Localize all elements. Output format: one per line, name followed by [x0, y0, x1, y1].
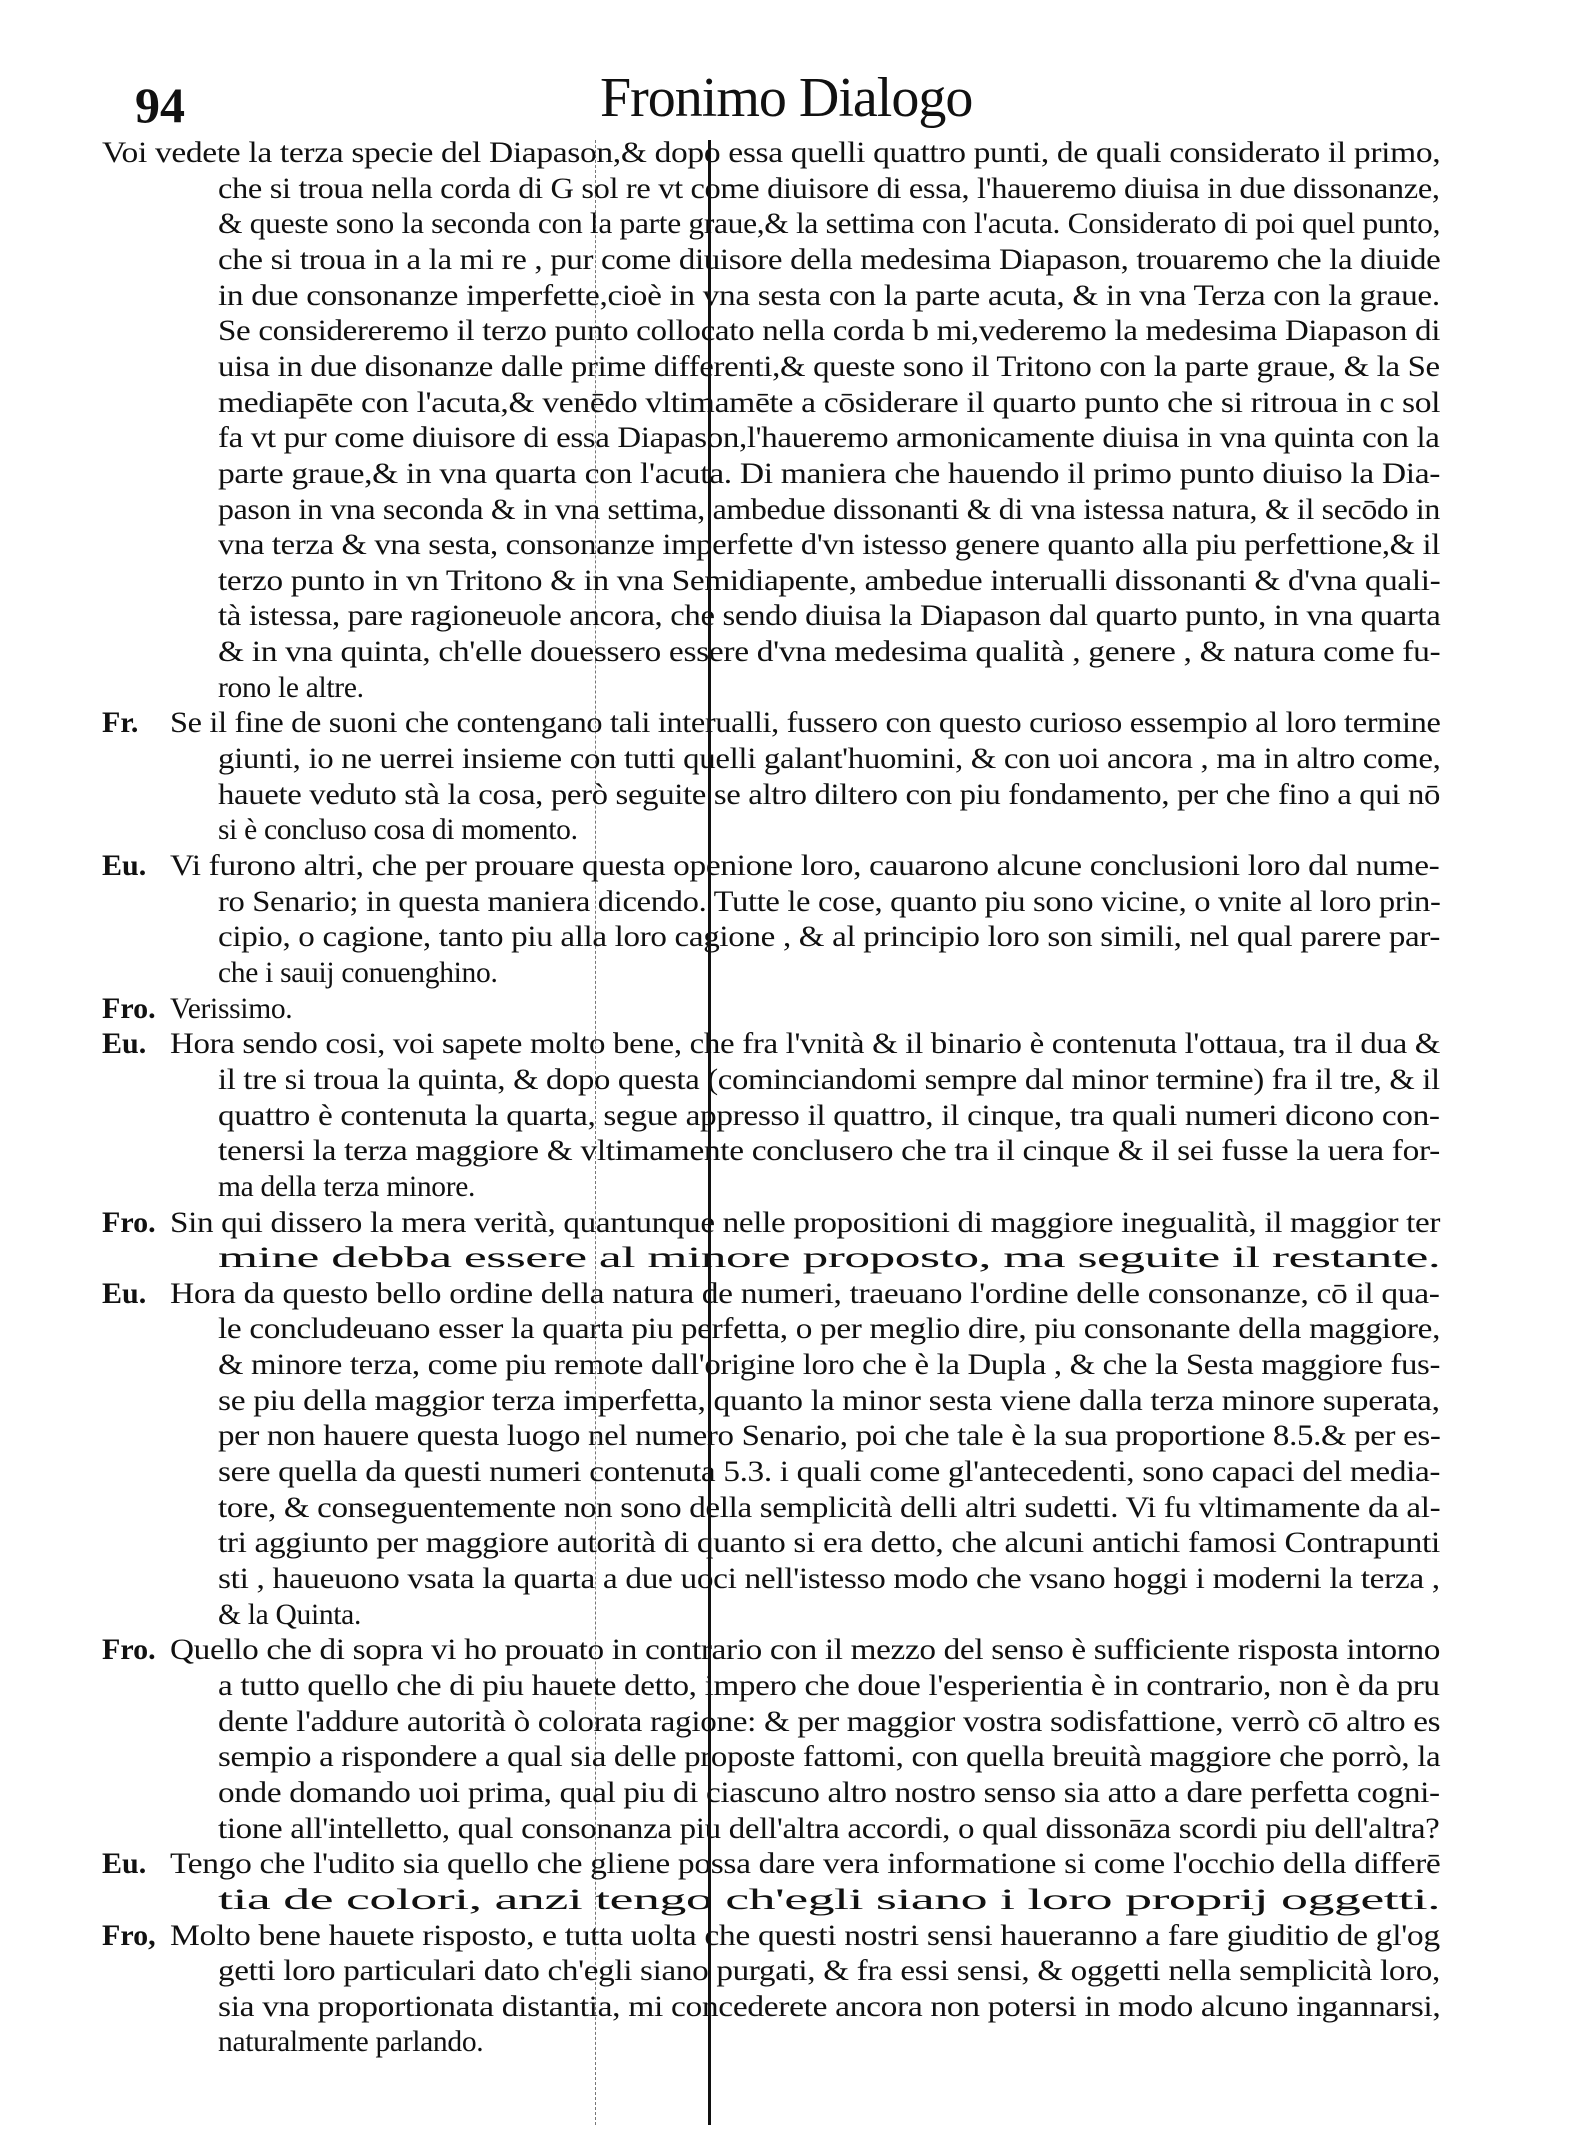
speaker-label: Fro.: [102, 1205, 156, 1241]
text-line: tia de colori, anzi tengo ch'egli siano …: [218, 1882, 1440, 1918]
text-line: & la Quinta.: [218, 1597, 361, 1633]
text-line: getti loro particulari dato ch'egli sian…: [218, 1953, 1440, 1989]
text-line: & in vna quinta, ch'elle douessero esser…: [218, 634, 1440, 670]
text-line: naturalmente parlando.: [218, 2024, 483, 2060]
text-line: onde domando uoi prima, qual piu di cias…: [218, 1775, 1440, 1811]
text-line: a tutto quello che di piu hauete detto, …: [218, 1668, 1440, 1704]
text-line: che si troua nella corda di G sol re vt …: [218, 171, 1440, 207]
text-line: in due consonanze imperfette,cioè in vna…: [218, 278, 1440, 314]
text-line: Se considereremo il terzo punto collocat…: [218, 313, 1440, 349]
text-line: che i sauij conuenghino.: [218, 955, 498, 991]
text-line: sti , haueuono vsata la quarta a due uoc…: [218, 1561, 1440, 1597]
text-line: ro Senario; in questa maniera dicendo. T…: [218, 884, 1441, 920]
text-line: se piu della maggior terza imperfetta, q…: [218, 1383, 1440, 1419]
speaker-label: Fro,: [102, 1918, 156, 1954]
text-line: si è concluso cosa di momento.: [218, 812, 578, 848]
text-line: fa vt pur come diuisore di essa Diapason…: [218, 420, 1440, 456]
speaker-label: Fro.: [102, 1632, 156, 1668]
page-number: 94: [135, 80, 185, 130]
text-line: Hora da questo bello ordine della natura…: [170, 1276, 1440, 1312]
text-line: terzo punto in vn Tritono & in vna Semid…: [218, 563, 1440, 599]
text-line: uisa in due disonanze dalle prime differ…: [218, 349, 1440, 385]
speaker-label: Eu.: [102, 848, 146, 884]
text-line: Voi vedete la terza specie del Diapason,…: [102, 135, 1440, 171]
text-line: mediapēte con l'acuta,& venēdo vltimamēt…: [218, 385, 1440, 421]
text-line: tione all'intelletto, qual consonanza pi…: [218, 1811, 1439, 1847]
text-line: mine debba essere al minore proposto, ma…: [218, 1240, 1440, 1276]
text-line: & minore terza, come piu remote dall'ori…: [218, 1347, 1440, 1383]
speaker-label: Eu.: [102, 1846, 146, 1882]
text-line: sempio a rispondere a qual sia delle pro…: [218, 1739, 1440, 1775]
text-line: hauete veduto stà la cosa, però seguite …: [218, 777, 1440, 813]
text-line: il tre si troua la quinta, & dopo questa…: [218, 1062, 1440, 1098]
text-line: Sin qui dissero la mera verità, quantunq…: [170, 1205, 1440, 1241]
text-line: tà istessa, pare ragioneuole ancora, che…: [218, 598, 1440, 634]
text-line: per non hauere questa luogo nel numero S…: [218, 1418, 1440, 1454]
text-line: che si troua in a la mi re , pur come di…: [218, 242, 1440, 278]
text-line: Tengo che l'udito sia quello che gliene …: [170, 1846, 1440, 1882]
text-line: le concludeuano esser la quarta piu perf…: [218, 1311, 1440, 1347]
speaker-label: Fr.: [102, 705, 138, 741]
speaker-label: Fro.: [102, 991, 156, 1027]
text-line: giunti, io ne uerrei insieme con tutti q…: [218, 741, 1441, 777]
text-line: Quello che di sopra vi ho prouato in con…: [170, 1632, 1440, 1668]
text-line: Molto bene hauete risposto, e tutta uolt…: [170, 1918, 1440, 1954]
running-title: Fronimo Dialogo: [600, 70, 972, 126]
text-line: tore, & conseguentemente non sono della …: [218, 1490, 1440, 1526]
speaker-label: Eu.: [102, 1026, 146, 1062]
text-line: parte graue,& in vna quarta con l'acuta.…: [218, 456, 1440, 492]
speaker-label: Eu.: [102, 1276, 146, 1312]
text-line: tri aggiunto per maggiore autorità di qu…: [218, 1525, 1440, 1561]
text-line: Verissimo.: [170, 991, 292, 1027]
text-line: sia vna proportionata distantia, mi conc…: [218, 1989, 1440, 2025]
text-line: pason in vna seconda & in vna settima, a…: [218, 492, 1440, 528]
text-line: vna terza & vna sesta, consonanze imperf…: [218, 527, 1440, 563]
text-line: ma della terza minore.: [218, 1169, 475, 1205]
text-line: dente l'addure autorità ò colorata ragio…: [218, 1704, 1440, 1740]
text-line: Vi furono altri, che per prouare questa …: [170, 848, 1439, 884]
text-line: & queste sono la seconda con la parte gr…: [218, 206, 1440, 242]
text-line: tenersi la terza maggiore & vltimamente …: [218, 1133, 1440, 1169]
text-line: rono le altre.: [218, 670, 364, 706]
text-line: Hora sendo cosi, voi sapete molto bene, …: [170, 1026, 1440, 1062]
text-line: Se il fine de suoni che contengano tali …: [170, 705, 1440, 741]
text-line: sere quella da questi numeri contenuta 5…: [218, 1454, 1440, 1490]
text-line: cipio, o cagione, tanto piu alla loro ca…: [218, 919, 1440, 955]
text-line: quattro è contenuta la quarta, segue app…: [218, 1098, 1440, 1134]
